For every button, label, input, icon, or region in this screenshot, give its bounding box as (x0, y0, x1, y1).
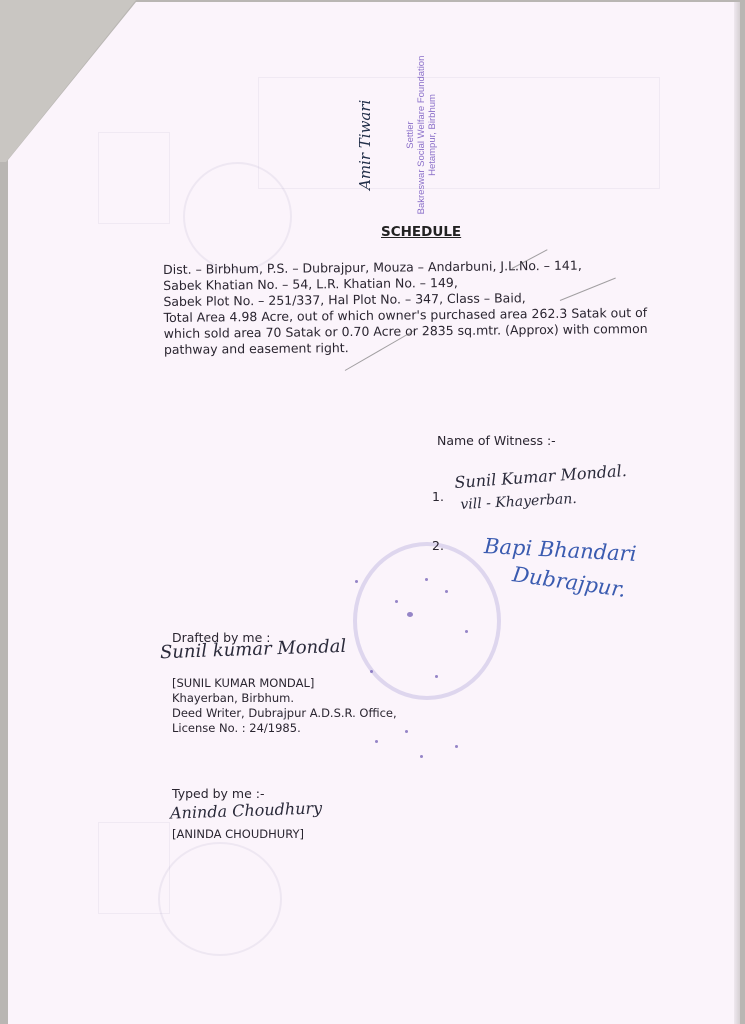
bleed-through-photo (98, 822, 170, 914)
drafter-details: [SUNIL KUMAR MONDAL] Khayerban, Birbhum.… (172, 676, 397, 736)
stamp-line: Hetampur, Birbhum (427, 55, 438, 215)
typed-label: Typed by me :- (172, 786, 265, 802)
settler-stamp: Settler Bakreswar Social Welfare Foundat… (405, 55, 465, 215)
stamp-line: Settler (405, 55, 416, 215)
witness-signature: Bapi Bhandari (484, 538, 637, 562)
witness-number: 2. (432, 538, 444, 554)
witness-label: Name of Witness :- (437, 433, 556, 449)
witness-number: 1. (432, 489, 444, 505)
page-title: SCHEDULE (381, 224, 461, 240)
drafter-license: License No. : 24/1985. (172, 721, 397, 736)
schedule-text: Dist. – Birbhum, P.S. – Dubrajpur, Mouza… (163, 256, 694, 358)
document-page (8, 2, 740, 1024)
typist-name: [ANINDA CHOUDHURY] (172, 826, 304, 842)
drafter-name: [SUNIL KUMAR MONDAL] (172, 676, 397, 691)
stamp-line: Bakreswar Social Welfare Foundation (416, 55, 427, 215)
settler-signature: Amir Tiwari (356, 100, 374, 190)
bleed-through-stamp (158, 842, 282, 956)
drafter-address: Khayerban, Birbhum. (172, 691, 397, 706)
bleed-through-photo (98, 132, 170, 224)
drafter-title: Deed Writer, Dubrajpur A.D.S.R. Office, (172, 706, 397, 721)
